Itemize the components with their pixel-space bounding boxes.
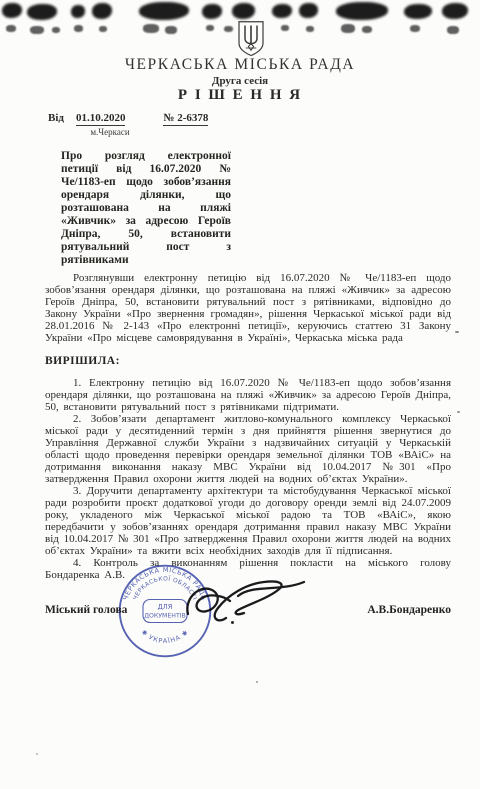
city-label: м.Черкаси (60, 127, 160, 137)
doc-date: 01.10.2020 (76, 112, 126, 126)
doc-number: № 2-6378 (163, 112, 208, 126)
signatory-name: А.В.Бондаренко (367, 604, 451, 616)
resolved-label: ВИРІШИЛА: (45, 355, 120, 367)
scan-dust (256, 681, 258, 683)
from-label: Від (48, 112, 64, 124)
stamp-center-line1: ДЛЯ (158, 603, 173, 611)
resolution-item-2: 2. Зобов’язати департамент житлово-комун… (45, 413, 451, 485)
resolution-item-1: 1. Електронну петицію від 16.07.2020 № Ч… (45, 377, 451, 413)
scan-dust (36, 753, 38, 755)
subject-block: Про розгляд електронної петиції від 16.0… (61, 150, 231, 267)
session-title: Друга сесія (0, 75, 480, 87)
signatory-title: Міський голова (45, 604, 127, 616)
svg-text:✱ УКРАЇНА ✱: ✱ УКРАЇНА ✱ (140, 628, 190, 645)
doc-type-title: Р І Ш Е Н Н Я (0, 87, 480, 104)
org-name: ЧЕРКАСЬКА МІСЬКА РАДА (0, 56, 480, 74)
scan-dust (457, 411, 460, 413)
resolution-items: 1. Електронну петицію від 16.07.2020 № Ч… (45, 377, 451, 581)
handwritten-signature (180, 574, 312, 630)
doc-meta: Від01.10.2020№ 2-6378 (48, 112, 208, 124)
stamp-ring-bottom-text: ✱ УКРАЇНА ✱ (140, 628, 190, 645)
scan-dust (455, 331, 459, 333)
document-page: ЧЕРКАСЬКА МІСЬКА РАДА Друга сесія Р І Ш … (0, 0, 480, 789)
ink-speck (231, 621, 234, 624)
resolution-item-3: 3. Доручити департаменту архітектури та … (45, 485, 451, 557)
ukraine-trident-emblem (236, 20, 266, 58)
preamble-paragraph: Розглянувши електронну петицію від 16.07… (45, 272, 451, 344)
